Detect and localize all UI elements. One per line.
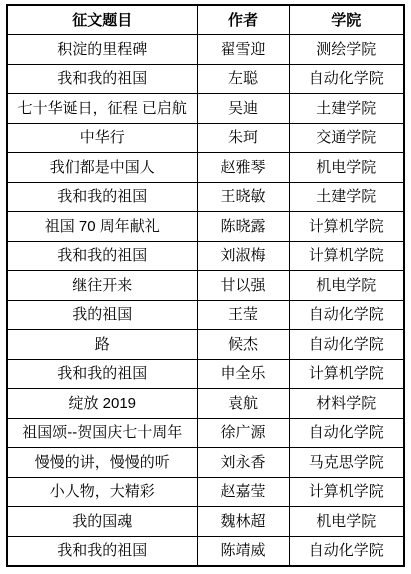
table-cell-title: 绽放 2019 (7, 389, 197, 419)
table-cell-college: 自动化学院 (289, 418, 404, 448)
table-cell-title: 祖国颂--贺国庆七十周年 (7, 418, 197, 448)
table-cell-author: 陈晓露 (197, 212, 289, 242)
essay-table-header: 征文题目 作者 学院 (7, 5, 404, 35)
header-row: 征文题目 作者 学院 (7, 5, 404, 35)
table-cell-title: 我和我的祖国 (7, 536, 197, 566)
table-cell-title: 小人物，大精彩 (7, 477, 197, 507)
table-cell-college: 机电学院 (289, 507, 404, 537)
table-cell-college: 自动化学院 (289, 536, 404, 566)
table-cell-author: 刘淑梅 (197, 241, 289, 271)
table-cell-title: 继往开来 (7, 271, 197, 301)
table-cell-author: 袁航 (197, 389, 289, 419)
table-cell-author: 翟雪迎 (197, 35, 289, 65)
table-row: 我和我的祖国刘淑梅计算机学院 (7, 241, 404, 271)
table-row: 积淀的里程碑翟雪迎测绘学院 (7, 35, 404, 65)
table-cell-author: 申全乐 (197, 359, 289, 389)
table-cell-college: 计算机学院 (289, 212, 404, 242)
table-cell-college: 机电学院 (289, 153, 404, 183)
essay-table-body: 积淀的里程碑翟雪迎测绘学院我和我的祖国左聪自动化学院七十华诞日，征程 已启航吴迪… (7, 35, 404, 566)
column-header-author: 作者 (197, 5, 289, 35)
table-cell-author: 陈靖威 (197, 536, 289, 566)
table-cell-college: 自动化学院 (289, 330, 404, 360)
table-row: 中华行朱珂交通学院 (7, 123, 404, 153)
table-cell-college: 土建学院 (289, 182, 404, 212)
table-cell-title: 我和我的祖国 (7, 359, 197, 389)
table-cell-title: 祖国 70 周年献礼 (7, 212, 197, 242)
table-cell-author: 候杰 (197, 330, 289, 360)
table-row: 我的国魂魏林超机电学院 (7, 507, 404, 537)
column-header-college: 学院 (289, 5, 404, 35)
table-cell-college: 机电学院 (289, 271, 404, 301)
table-row: 我和我的祖国申全乐计算机学院 (7, 359, 404, 389)
table-row: 我和我的祖国王晓敏土建学院 (7, 182, 404, 212)
table-row: 路候杰自动化学院 (7, 330, 404, 360)
table-cell-college: 计算机学院 (289, 241, 404, 271)
table-cell-author: 王晓敏 (197, 182, 289, 212)
table-row: 我的祖国王莹自动化学院 (7, 300, 404, 330)
table-cell-title: 路 (7, 330, 197, 360)
table-row: 我和我的祖国左聪自动化学院 (7, 64, 404, 94)
table-cell-author: 刘永香 (197, 448, 289, 478)
table-cell-author: 左聪 (197, 64, 289, 94)
table-cell-author: 赵嘉莹 (197, 477, 289, 507)
table-cell-author: 甘以强 (197, 271, 289, 301)
column-header-title: 征文题目 (7, 5, 197, 35)
table-cell-title: 我和我的祖国 (7, 182, 197, 212)
table-cell-title: 我和我的祖国 (7, 64, 197, 94)
table-cell-title: 七十华诞日，征程 已启航 (7, 94, 197, 124)
table-cell-college: 自动化学院 (289, 64, 404, 94)
table-cell-college: 材料学院 (289, 389, 404, 419)
table-cell-title: 我的国魂 (7, 507, 197, 537)
table-cell-author: 朱珂 (197, 123, 289, 153)
table-cell-title: 中华行 (7, 123, 197, 153)
table-cell-college: 交通学院 (289, 123, 404, 153)
table-row: 七十华诞日，征程 已启航吴迪土建学院 (7, 94, 404, 124)
table-row: 慢慢的讲，慢慢的听刘永香马克思学院 (7, 448, 404, 478)
table-cell-author: 魏林超 (197, 507, 289, 537)
table-row: 小人物，大精彩赵嘉莹计算机学院 (7, 477, 404, 507)
table-cell-college: 马克思学院 (289, 448, 404, 478)
table-row: 绽放 2019袁航材料学院 (7, 389, 404, 419)
table-cell-author: 赵雅琴 (197, 153, 289, 183)
table-cell-college: 测绘学院 (289, 35, 404, 65)
table-cell-title: 积淀的里程碑 (7, 35, 197, 65)
table-row: 继往开来甘以强机电学院 (7, 271, 404, 301)
table-cell-title: 我的祖国 (7, 300, 197, 330)
table-cell-college: 土建学院 (289, 94, 404, 124)
table-row: 我和我的祖国陈靖威自动化学院 (7, 536, 404, 566)
essay-table: 征文题目 作者 学院 积淀的里程碑翟雪迎测绘学院我和我的祖国左聪自动化学院七十华… (6, 4, 405, 567)
table-cell-college: 计算机学院 (289, 359, 404, 389)
table-cell-college: 自动化学院 (289, 300, 404, 330)
table-cell-author: 王莹 (197, 300, 289, 330)
table-row: 我们都是中国人赵雅琴机电学院 (7, 153, 404, 183)
table-cell-author: 徐广源 (197, 418, 289, 448)
table-cell-author: 吴迪 (197, 94, 289, 124)
table-cell-title: 慢慢的讲，慢慢的听 (7, 448, 197, 478)
table-cell-title: 我们都是中国人 (7, 153, 197, 183)
table-row: 祖国 70 周年献礼陈晓露计算机学院 (7, 212, 404, 242)
table-cell-title: 我和我的祖国 (7, 241, 197, 271)
table-row: 祖国颂--贺国庆七十周年徐广源自动化学院 (7, 418, 404, 448)
table-cell-college: 计算机学院 (289, 477, 404, 507)
